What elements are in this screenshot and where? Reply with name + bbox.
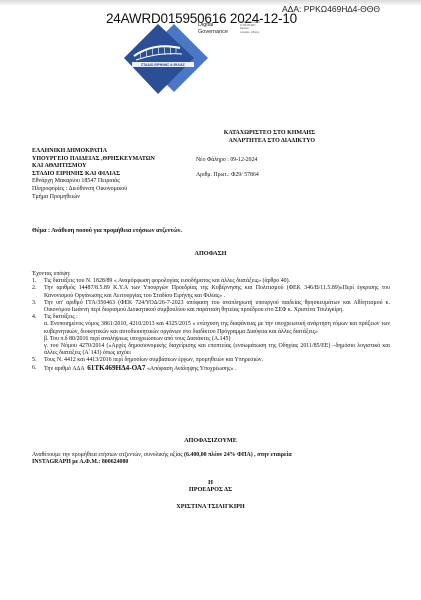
protocol-number: Αριθμ. Πρωτ.: Φ29/ 57864 (196, 172, 259, 178)
item-text: Τους Ν. 4412 και 4413/2016 περί δημοσίων… (44, 357, 263, 364)
item-number: 4. (32, 314, 44, 321)
sub-item: γ. του Νόμου 4270/2014 («Αρχές δημοσιονο… (32, 343, 390, 357)
list-item: 6. Την αριθμό ΑΔΑ 61ΤΚ469ΗΔ4-ΟΑ7 «Απόφασ… (32, 365, 390, 373)
item-number: 2. (32, 285, 44, 299)
item-text: Την αριθμός 14487/8.5.89 Κ.Υ.Α των Υπουρ… (44, 285, 390, 299)
item-number: 3. (32, 300, 44, 314)
list-item: 5. Τους Ν. 4412 και 4413/2016 περί δημοσ… (32, 357, 390, 364)
item-number: 5. (32, 357, 44, 364)
subject-line: Θέμα : Ανάθεση ποσού για προμήθεια ετήσι… (32, 227, 182, 234)
issuer-line: ΣΤΑΔΙΟ ΕΙΡΗΝΗΣ ΚΑΙ ΦΙΛΙΑΣ (32, 171, 155, 179)
sig-detail: Location: Athens (240, 31, 260, 34)
item-text: Την υπ' αριθμό ΓΓΑ/350463 (ΦΕΚ 724/ΥΟΔ/2… (44, 300, 390, 314)
ada-reference: 61ΤΚ469ΗΔ4-ΟΑ7 (87, 364, 145, 372)
issuer-line: ΕΛΛΗΝΙΚΗ ΔΗΜΟΚΡΑΤΙΑ (32, 148, 155, 156)
issuer-info: Πληροφορίες : Διεύθυνση Οικονομικού (32, 186, 155, 194)
issuer-block: ΕΛΛΗΝΙΚΗ ΔΗΜΟΚΡΑΤΙΑ ΥΠΟΥΡΓΕΙΟ ΠΑΙΔΕΙΑΣ ,… (32, 148, 155, 201)
stamp-line1: ΚΑΤΑΧΩΡΙΣΤΕΟ ΣΤΟ ΚΗΜΑΗΣ (224, 129, 315, 137)
award-amount: (6.400,00 πλέον 24% ΦΠΑ) , στην εταιρεία (184, 452, 292, 458)
item-suffix: «Απόφαση Ανάληψης Υποχρέωσης» . (147, 366, 236, 372)
signatory-article: Η (0, 479, 421, 486)
list-item: 4. Τις διατάξεις : (32, 314, 390, 321)
decision-title: ΑΠΟΦΑΣΗ (0, 250, 421, 257)
item-number: 1. (32, 278, 44, 285)
list-item: 2. Την αριθμός 14487/8.5.89 Κ.Υ.Α των Υπ… (32, 285, 390, 299)
item-prefix: Την αριθμό ΑΔΑ (44, 366, 84, 372)
issuer-dept: Τμήμα Προμηθειών (32, 194, 155, 202)
list-item: 3. Την υπ' αριθμό ΓΓΑ/350463 (ΦΕΚ 724/ΥΟ… (32, 300, 390, 314)
signature-details: Date: 2024.12.10 11:06:05 EET Reason: Lo… (240, 21, 260, 34)
item-text: Τις διατάξεις : (44, 314, 78, 321)
issuer-address: Εθνάρχη Μακαρίου 18547 Πειραιάς (32, 178, 155, 186)
publication-stamp: ΚΑΤΑΧΩΡΙΣΤΕΟ ΣΤΟ ΚΗΜΑΗΣ ΑΝΑΡΤΗΤΕΑ ΣΤΟ ΔΙ… (224, 129, 315, 145)
signatory-name: ΧΡΙΣΤΙΝΑ ΤΣΙΛΙΓΚΙΡΗ (0, 503, 421, 510)
stamp-line2: ΑΝΑΡΤΗΤΕΑ ΣΤΟ ΔΙΑΔΙΚΤΥΟ (224, 137, 315, 145)
item-number: 6. (32, 365, 44, 373)
award-paragraph: Αναθέτουμε την προμήθεια ετήσιων ατζεντώ… (32, 452, 390, 466)
issuer-line: ΥΠΟΥΡΓΕΙΟ ΠΑΙΔΕΙΑΣ ,ΘΡΗΣΚΕΥΜΑΤΩΝ (32, 156, 155, 164)
sub-item: β. Του π.δ 80/2016 περί αναλήψεως υποχρε… (32, 336, 390, 343)
sub-item: α. Ενοποιημένος νόμος 3861/2010, 4210/20… (32, 321, 390, 335)
signature-line2: Governance (198, 29, 228, 36)
award-company: INSTAGRAPH με Α.Φ.Μ.: 800624080 (32, 459, 390, 466)
digital-signature: Digital Governance (198, 22, 228, 35)
award-text: Αναθέτουμε την προμήθεια ετήσιων ατζεντώ… (32, 452, 183, 458)
document-date: Νέο Φάληρο : 09-12-2024 (196, 157, 257, 163)
logo-caption: ΣΤΑΔΙΟ ΕΙΡΗΝΗΣ & ΦΙΛΙΑΣ (141, 63, 185, 67)
considerations: Έχοντας υπόψη: 1. Τις διατάξεις του Ν. 1… (32, 271, 390, 373)
issuer-line: ΚΑΙ ΑΘΛΗΤΙΣΜΟΥ (32, 163, 155, 171)
we-decide-title: ΑΠΟΦΑΣΙΖΟΥΜΕ (0, 437, 421, 444)
signatory-title: ΠΡΟΕΔΡΟΣ ΔΣ (0, 486, 421, 493)
